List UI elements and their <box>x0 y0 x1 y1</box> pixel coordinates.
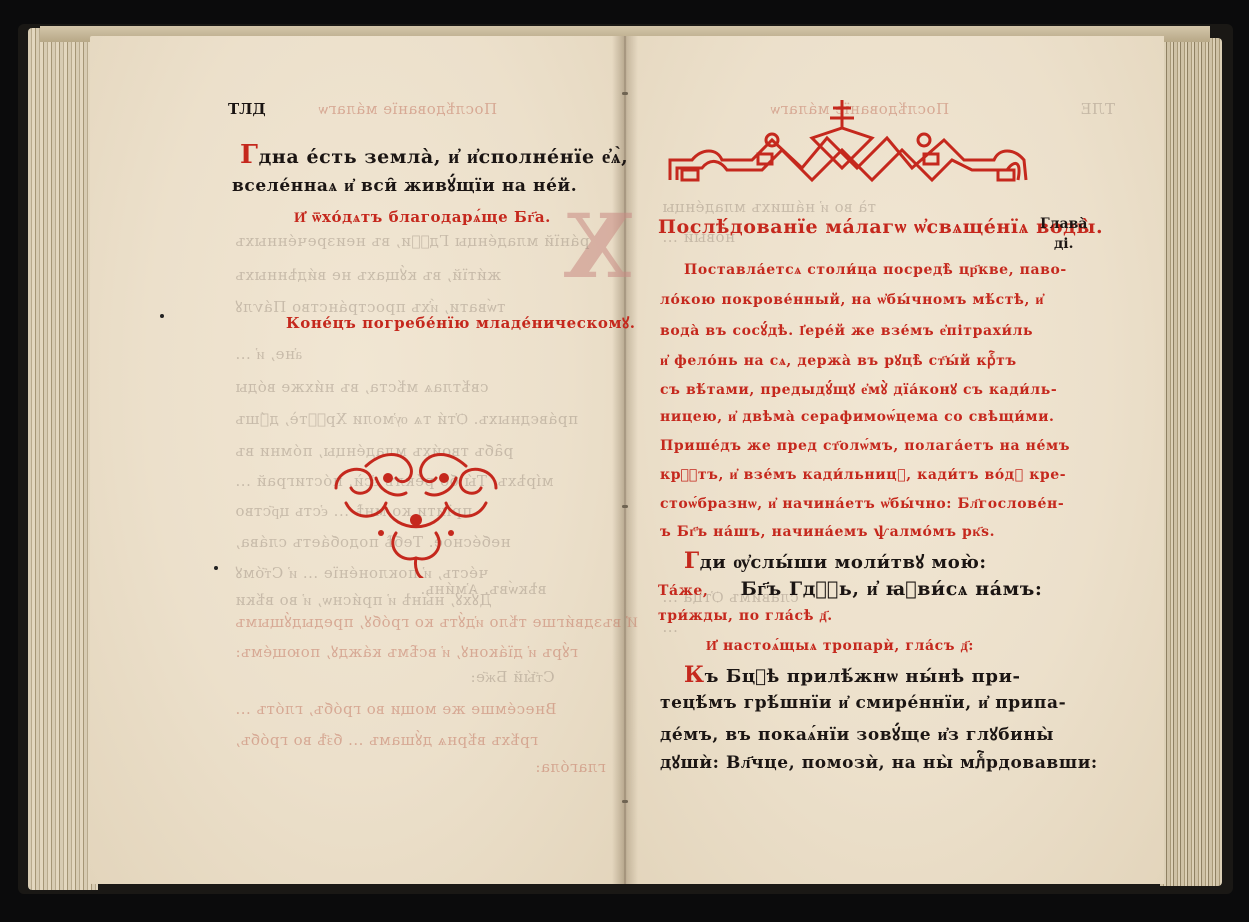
theos-kyrios-text: Бг҃ъ Гдⷭ҇ь, и҆ ꙗ҆ви́сѧ на́мъ: <box>741 578 1043 600</box>
verse-line-2: вселе́ннаѧ и҆ вси̑ живꙋ́щїи на не́й. <box>232 173 577 196</box>
bleed-folio-right: ТЛЕ <box>1080 100 1115 118</box>
bleed-line: та̀ во и҆ на́шихъ младе́нцы <box>662 198 876 217</box>
rubric-line: крⷭ҇тъ, и҆ взе́мъ кади́льницꙋ, кади́тъ в… <box>660 467 1066 484</box>
rubric-troparion: И҆ настоѧ́щыѧ тропарѝ, гла́съ д҃: <box>706 638 974 655</box>
red-initial: Г <box>240 140 259 170</box>
rubric-line: стоѡ́бразнѡ, и҆ начина́етъ ѡ҆бы́чно: Бл҃… <box>660 496 1064 513</box>
bleed-line: ра́нїй младе́нцы Гдⷭ҇и, въ неизрече́нных… <box>235 232 589 250</box>
left-page-edges <box>28 28 98 890</box>
section-title: Послѣ́дованїе ма́лагѡ ѡ҆свѧще́нїѧ воды̀. <box>658 216 1103 239</box>
ink-speck <box>214 566 218 570</box>
bleed-line: свѣ́тлаѧ мѣ́ста, въ ни́хже во́ды <box>235 378 488 397</box>
binding-stitch <box>622 92 628 95</box>
bleed-line: вѣкѡ́въ. А҆ми́нь. <box>420 580 546 599</box>
bleed-line: жи́тїй, въ кꙋ́щахъ не ви́дѣнныхъ <box>235 265 501 285</box>
rubric-line: ъ Бг҃ъ на́шъ, начина́емъ ѱалмо́мъ рк҃ѕ. <box>660 524 995 541</box>
rubric-departure: И҆ ѿхо́дѧтъ благодарѧ́ще Бг҃а. <box>294 208 551 227</box>
rubric-line: ло́кою покрове́нный, на ѡ҆бы́чномъ мѣ́ст… <box>660 292 1044 309</box>
bleed-line: глаго́ла: <box>535 758 606 776</box>
bleed-line: Внесе́мше же мощи во гро́бъ, гло́тъ ... <box>235 700 556 718</box>
bleed-line: пра́вєдныхъ. Ѻ҆ти́ тѧ ѹ҆моли Хрⷭ҇тѐ, дꙋ́… <box>235 410 578 429</box>
ink-speck <box>160 314 164 318</box>
rubric-then: Та́же, <box>658 583 708 599</box>
theos-kyrios-line: Та́же, Бг҃ъ Гдⷭ҇ь, и҆ ꙗ҆ви́сѧ на́мъ: <box>658 578 1043 601</box>
rubric-end-of-burial: Коне́цъ погребе́нїю младе́ническомꙋ. <box>286 313 636 333</box>
verse-line-1: Гдна е́сть земла̀, и҆ и҆сполне́нїе е҆ѧ̀, <box>240 140 628 170</box>
right-page-edges <box>1160 38 1222 886</box>
rubric-line: Поставла́етсѧ столи́ца посредѣ̀ цр҃кве, … <box>684 262 1067 279</box>
psalm-text: ди ѹ҆слы́ши моли́твꙋ мою̀: <box>700 552 987 573</box>
psalm-line: Гди ѹ҆слы́ши моли́твꙋ мою̀: <box>684 548 987 574</box>
bleed-line: грѣ́хъ вѣ́рнѧ дꙋ́шамъ ... бз҃ѣ во гро́бъ… <box>235 730 538 750</box>
binding-stitch <box>622 800 628 803</box>
chapter-number: ді. <box>1040 234 1087 254</box>
floral-vignette-ornament <box>326 448 506 578</box>
bleed-running-head: Послѣ́дованїе ма́лагѡ <box>318 100 497 119</box>
rubric-line: съ вѣ́тами, предыдꙋ́щꙋ е҆мꙋ̀ дїа́конꙋ съ… <box>660 380 1057 399</box>
left-folio-number: ТЛД <box>228 100 266 118</box>
rubric-line: ницею, и҆ двѣма̀ серафимоѡ́цема со свѣщи… <box>660 409 1055 426</box>
chapter-label: Глава̀ <box>1040 214 1087 234</box>
verse-text: дна е́сть земла̀, и҆ и҆сполне́нїе е҆ѧ̀, <box>259 146 629 168</box>
troparion-line: Къ Бцⷣѣ прилѣ́жнѡ ны́нѣ при- <box>684 662 1021 688</box>
interlace-headpiece-ornament <box>662 98 1034 190</box>
bleed-line: гꙋ́ръ и҆ дїа́конꙋ, и҆ всѣ̑мъ ка́ждꙋ, пою… <box>235 642 578 662</box>
troparion-line: де́мъ, въ покаѧ́нїи зовꙋ́ще и҆з глꙋбины̀ <box>660 722 1054 745</box>
troparion-line: дꙋшѝ: Вл҃чце, помозѝ, на ны̀ млⷭ҇рдовавш… <box>660 750 1098 773</box>
margin-chapter-note: Глава̀ ді. <box>1040 214 1087 254</box>
bleed-line: а҆не, и҆ ... <box>235 345 302 364</box>
bleed-line: Ст҃ы́й Бж҃е: <box>470 668 555 687</box>
troparion-line: тецѣ́мъ грѣ́шнїи и҆ смире́ннїи, и҆ припа… <box>660 693 1066 713</box>
rubric-thrice: три́жды, по гла́сѣ д҃. <box>658 608 833 625</box>
binding-stitch <box>622 505 628 508</box>
red-initial: К <box>684 662 705 688</box>
red-initial: Г <box>684 548 700 574</box>
rubric-line: вода̀ въ сосꙋ́дѣ. І҆ере́й же взе́мъ е҆пі… <box>660 321 1033 340</box>
bleed-line: И҆ въздви́гше тѣ́ло и҆дꙋ́тъ ко гро́бꙋ, п… <box>235 612 638 632</box>
rubric-line: Прише́дъ же пред ст҃олѡ́мъ, полага́етъ н… <box>660 438 1070 455</box>
troparion-text: ъ Бцⷣѣ прилѣ́жнѡ ны́нѣ при- <box>705 666 1021 687</box>
rubric-line: и҆ фело́нь на сѧ, держа̀ въ рꙋцѣ̀ ст҃ы́й… <box>660 351 1017 370</box>
